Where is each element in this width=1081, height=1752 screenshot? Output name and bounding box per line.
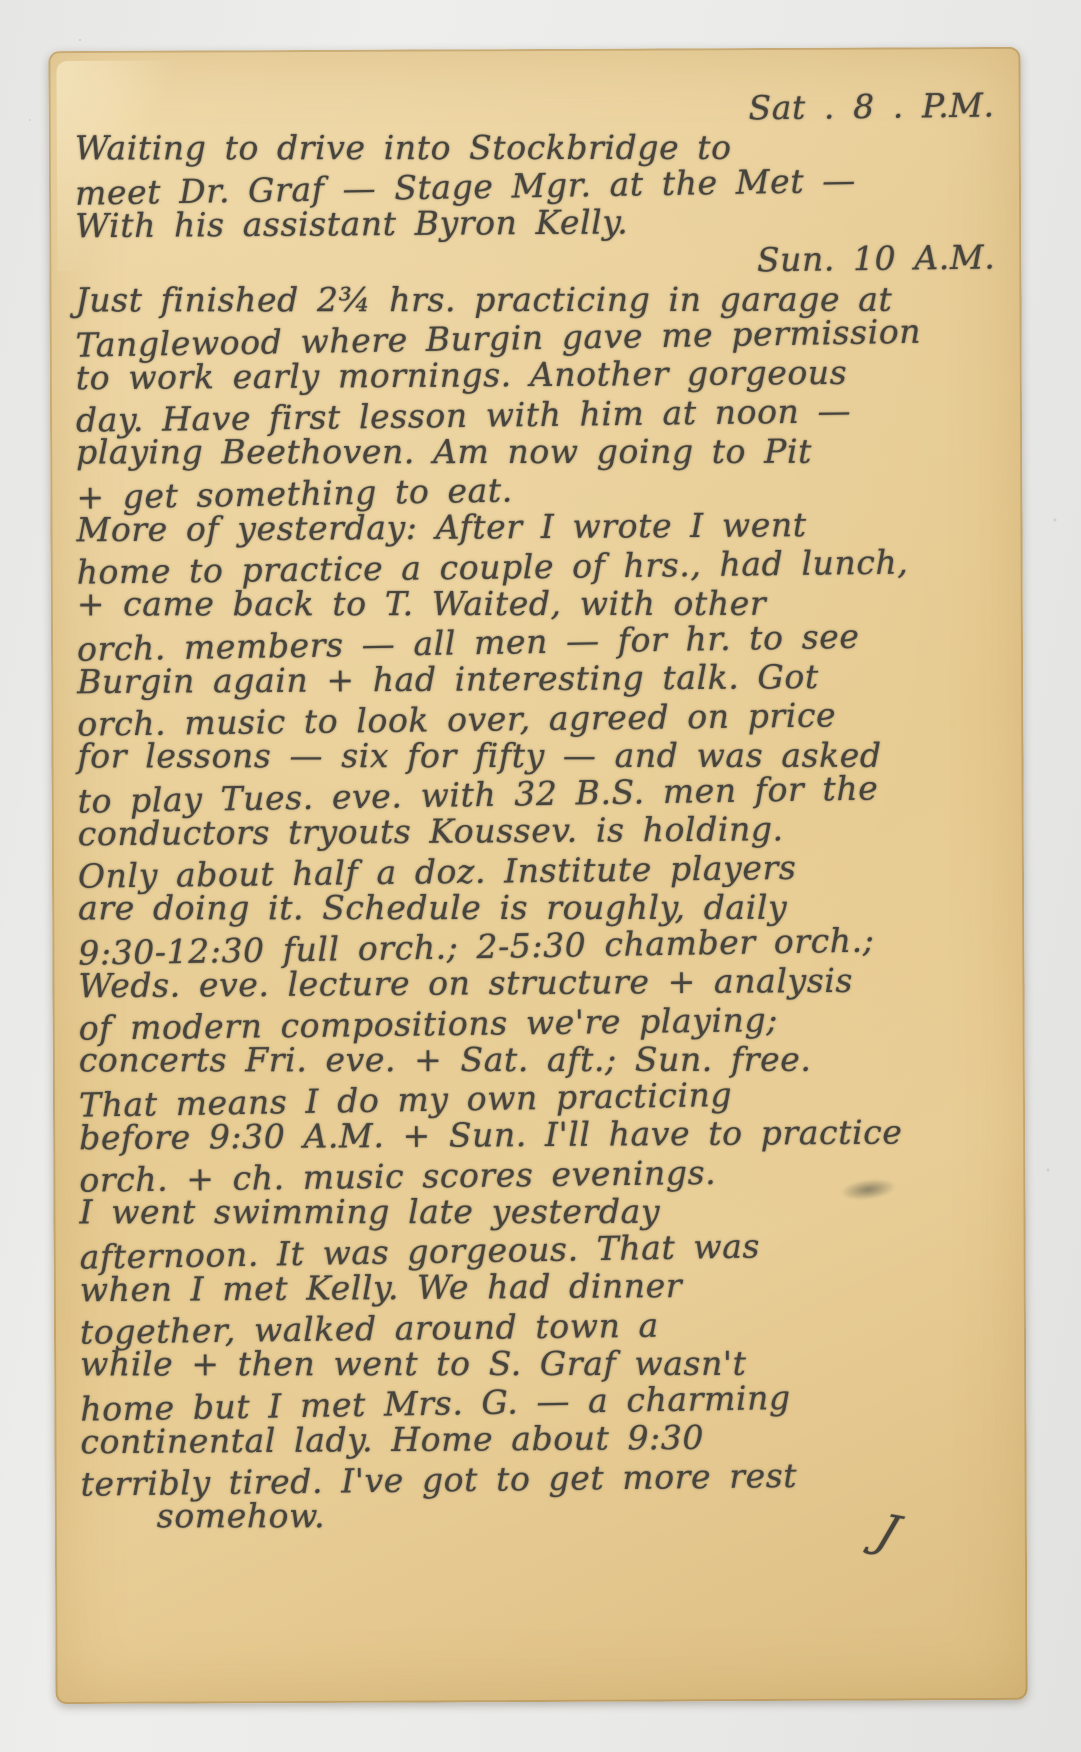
postcard-photo: Sat . 8 . P.M.Waiting to drive into Stoc… bbox=[0, 0, 1081, 1752]
note-body: Sat . 8 . P.M.Waiting to drive into Stoc… bbox=[75, 89, 1011, 1537]
note-line: continental lady. Home about 9:30 bbox=[80, 1417, 1010, 1461]
note-line: when I met Kelly. We had dinner bbox=[80, 1265, 1010, 1309]
note-line: Burgin again + had interesting talk. Got bbox=[77, 657, 1007, 701]
postcard: Sat . 8 . P.M.Waiting to drive into Stoc… bbox=[48, 47, 1027, 1704]
note-line: Weds. eve. lecture on structure + analys… bbox=[78, 961, 1008, 1005]
note-line: conductors tryouts Koussev. is holding. bbox=[78, 809, 1008, 853]
note-line: to work early mornings. Another gorgeous bbox=[76, 353, 1006, 397]
note-line: somehow. bbox=[81, 1497, 1011, 1536]
note-line: before 9:30 A.M. + Sun. I'll have to pra… bbox=[79, 1113, 1009, 1157]
